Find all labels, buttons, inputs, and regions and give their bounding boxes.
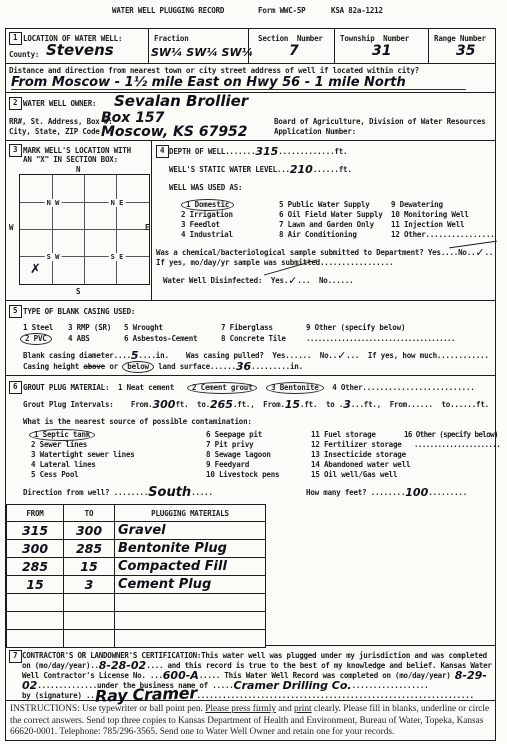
address-value: Box 157 <box>101 111 164 125</box>
section-number-label: Section Number <box>258 34 323 43</box>
use-option-injection: 11 Injection Well <box>391 220 464 229</box>
casing-option-asbestos: 6 Asbestos-Cement <box>124 334 197 343</box>
section-location-grid: N W N E S W S E ✗ <box>19 174 150 285</box>
sample-question-line: Was a chemical/bacteriological sample su… <box>156 248 493 257</box>
casing-option-concrete: 8 Concrete Tile <box>221 334 286 343</box>
signature-value: Ray Cramer <box>95 693 197 697</box>
direction-from-well-line: Direction from well? ........South..... <box>23 488 213 497</box>
distance-label: Distance and direction from nearest town… <box>9 66 419 75</box>
grid-line <box>20 256 149 257</box>
disinfected-yes-checkmark: ✓ <box>288 274 297 287</box>
use-option-dewatering: 9 Dewatering <box>391 200 443 209</box>
section-3-number: 3 <box>9 144 22 157</box>
interval2-to: 3 <box>343 398 351 411</box>
table-row: 315300Gravel <box>7 522 266 540</box>
casing-title: TYPE OF BLANK CASING USED: <box>23 307 135 316</box>
range-number-value: 35 <box>456 44 475 58</box>
contam-livestock: 10 Livestock pens <box>206 470 279 479</box>
section-4-number: 4 <box>156 145 169 158</box>
below-circled-word: below <box>122 361 154 373</box>
section-2-owner: 2 WATER WELL OWNER: Sevalan Brollier RR#… <box>6 93 495 141</box>
compass-south-label: S <box>76 287 81 296</box>
plugging-table: FROM TO PLUGGING MATERIALS 315300Gravel … <box>6 504 266 648</box>
county-label: County: <box>9 50 39 59</box>
casing-diameter-line: Blank casing diameter....5....in. Was ca… <box>23 351 489 360</box>
compass-se-label: S E <box>109 253 126 261</box>
underlined-print: print <box>294 704 312 714</box>
owner-label: WATER WELL OWNER: <box>23 99 96 108</box>
instructions-section: INSTRUCTIONS: Use typewriter or ball poi… <box>6 701 495 740</box>
section-4-depth: 4 DEPTH OF WELL.......315.............ft… <box>151 141 497 301</box>
instructions-paragraph: INSTRUCTIONS: Use typewriter or ball poi… <box>10 704 494 739</box>
contam-other: 16 Other (specify below) <box>404 430 498 439</box>
sample-if-yes-line: If yes, mo/day/yr sample was submitted..… <box>156 258 393 267</box>
contam-sewer-lines: 2 Sewer lines <box>31 440 87 449</box>
contam-lagoon: 8 Sewage lagoon <box>206 450 271 459</box>
grout-material-line: GROUT PLUG MATERIAL: 1 Neat cement 2 Cem… <box>23 383 475 392</box>
direction-value: South <box>148 485 191 500</box>
section-6-grout: 6 GROUT PLUG MATERIAL: 1 Neat cement 2 C… <box>6 376 495 646</box>
well-location-x-mark: ✗ <box>30 263 41 276</box>
contam-other-dots: ...................... <box>414 440 500 449</box>
table-row: 153Cement Plug <box>7 576 266 594</box>
city-state-zip-label: City, State, ZIP Code : <box>9 127 113 136</box>
table-row <box>7 594 266 612</box>
contam-watertight: 3 Watertight sewer lines <box>31 450 135 459</box>
county-value: Stevens <box>46 43 114 58</box>
interval1-from: 300 <box>152 398 175 411</box>
interval1-to: 265 <box>210 398 233 411</box>
section-1-location: 1 LOCATION OF WATER WELL: County: Steven… <box>6 29 495 93</box>
table-row: 300285Bentonite Plug <box>7 540 266 558</box>
static-water-level-line: WELL'S STATIC WATER LEVEL...210......ft. <box>169 165 352 174</box>
mark-location-label-2: AN "X" IN SECTION BOX: <box>23 155 118 164</box>
compass-east-label: E <box>145 223 150 232</box>
contam-abandoned-well: 14 Abandoned water well <box>311 460 410 469</box>
contam-fertilizer: 12 Fertilizer storage <box>311 440 402 449</box>
section-5-casing: 5 TYPE OF BLANK CASING USED: 1 Steel 3 R… <box>6 301 495 376</box>
table-row <box>7 630 266 648</box>
casing-option-wrought: 5 Wrought <box>124 323 163 332</box>
contam-cesspool: 5 Cess Pool <box>31 470 78 479</box>
fraction-value: SW¼ SW¼ SW¼ <box>151 47 253 58</box>
form-title: WATER WELL PLUGGING RECORD <box>112 6 224 15</box>
table-row: 28515Compacted Fill <box>7 558 266 576</box>
section-7-number: 7 <box>9 650 22 663</box>
divider <box>334 29 335 63</box>
casing-height-line: Casing height above or below land surfac… <box>23 362 303 371</box>
section-number-value: 7 <box>289 44 299 58</box>
disinfected-line: Water Well Disinfected: Yes.✓... No.....… <box>163 276 353 285</box>
contamination-question: What is the nearest source of possible c… <box>23 417 252 426</box>
depth-of-well-line: DEPTH OF WELL.......315.............ft. <box>169 147 347 156</box>
col-header-materials: PLUGGING MATERIALS <box>115 505 266 522</box>
contam-feedyard: 9 Feedyard <box>206 460 249 469</box>
compass-sw-label: S W <box>45 253 62 261</box>
casing-option-other: 9 Other (specify below) <box>306 323 405 332</box>
compass-west-label: W <box>9 223 14 232</box>
casing-other-dots: ...................................... <box>306 334 455 343</box>
owner-value: Sevalan Brollier <box>114 94 248 109</box>
township-number-label: Township Number <box>340 34 409 43</box>
bentonite-circled: 3 Bentonite <box>266 382 323 394</box>
contam-septic-tank: 1 Septic tank <box>29 430 95 439</box>
water-well-plugging-record-form: WATER WELL PLUGGING RECORD Form WWC-5P K… <box>0 0 507 744</box>
casing-option-pvc: 2 PVC <box>20 334 52 343</box>
use-option-domestic: 1 Domestic <box>181 200 234 209</box>
distance-value: From Moscow - 1½ mile East on Hwy 56 - 1… <box>11 76 466 90</box>
section-3-4-row: 3 MARK WELL'S LOCATION WITH AN "X" IN SE… <box>6 141 495 301</box>
feet-value: 100 <box>405 486 428 499</box>
static-level-value: 210 <box>290 163 313 176</box>
contam-insecticide: 13 Insecticide storage <box>311 450 406 459</box>
above-struck-word: above <box>83 362 105 371</box>
form-statute: KSA 82a-1212 <box>331 6 383 15</box>
township-number-value: 31 <box>372 44 391 58</box>
divider <box>428 29 429 63</box>
section-7-certification: 7 CONTRACTOR'S OR LANDOWNER'S CERTIFICAT… <box>6 646 495 701</box>
section-6-number: 6 <box>9 381 22 394</box>
contam-oil-gas-well: 15 Oil well/Gas well <box>311 470 397 479</box>
compass-ne-label: N E <box>109 199 126 207</box>
form-number: Form WWC-5P <box>258 6 305 15</box>
board-of-agriculture-label: Board of Agriculture, Division of Water … <box>274 117 485 126</box>
contam-fuel: 11 Fuel storage <box>311 430 376 439</box>
underlined-press-firmly: Please press firmly <box>205 704 276 714</box>
casing-option-abs: 4 ABS <box>68 334 90 343</box>
business-name-value: Cramer Drilling Co. <box>234 679 352 692</box>
use-option-oilfield: 6 Oil Field Water Supply <box>279 210 383 219</box>
col-header-to: TO <box>64 505 115 522</box>
well-used-as-label: WELL WAS USED AS: <box>169 183 242 192</box>
certification-paragraph: CONTRACTOR'S OR LANDOWNER'S CERTIFICATIO… <box>22 651 495 701</box>
contam-privy: 7 Pit privy <box>206 440 253 449</box>
use-option-lawn: 7 Lawn and Garden Only <box>279 220 374 229</box>
grid-line <box>20 202 149 203</box>
use-option-monitoring: 10 Monitoring Well <box>391 210 469 219</box>
use-option-industrial: 4 Industrial <box>181 230 233 239</box>
compass-north-label: N <box>76 165 81 174</box>
use-option-irrigation: 2 Irrigation <box>181 210 233 219</box>
divider <box>6 63 495 64</box>
casing-option-rmp: 3 RMP (SR) <box>68 323 111 332</box>
section-2-number: 2 <box>9 97 22 110</box>
application-number-label: Application Number: <box>274 127 356 136</box>
address-label: RR#, St. Address, Box #: <box>9 117 113 126</box>
casing-option-fiberglass: 7 Fiberglass <box>221 323 273 332</box>
compass-nw-label: N W <box>45 199 62 207</box>
section-1-number: 1 <box>9 32 22 45</box>
contam-lateral: 4 Lateral lines <box>31 460 96 469</box>
table-row <box>7 612 266 630</box>
section-5-number: 5 <box>9 305 22 318</box>
mark-location-label-1: MARK WELL'S LOCATION WITH <box>23 146 131 155</box>
depth-value: 315 <box>255 145 278 158</box>
interval2-from: 15 <box>285 398 300 411</box>
grid-line <box>20 229 149 230</box>
col-header-from: FROM <box>7 505 64 522</box>
range-number-label: Range Number <box>434 34 486 43</box>
use-option-public: 5 Public Water Supply <box>279 200 370 209</box>
casing-option-steel: 1 Steel <box>23 323 53 332</box>
plug-date-value: 8-28-02 <box>99 659 146 672</box>
use-option-aircond: 8 Air Conditioning <box>279 230 357 239</box>
license-number-value: 600-A <box>163 669 199 682</box>
use-option-feedlot: 3 Feedlot <box>181 220 220 229</box>
use-option-other: 12 Other................ <box>391 230 495 239</box>
sample-no-checkmark: ✓ <box>475 246 484 259</box>
divider <box>148 29 149 63</box>
fraction-label: Fraction <box>154 34 189 43</box>
form-body: 1 LOCATION OF WATER WELL: County: Steven… <box>5 28 496 741</box>
grout-intervals-line: Grout Plug Intervals: From.300ft. to.265… <box>23 400 489 409</box>
city-state-zip-value: Moscow, KS 67952 <box>101 125 248 139</box>
cement-grout-circled: 2 Cement grout <box>187 382 257 394</box>
how-many-feet-line: How many feet? ........100......... <box>306 488 467 497</box>
contam-seepage: 6 Seepage pit <box>206 430 262 439</box>
casing-pulled-no-checkmark: ✓ <box>337 349 346 362</box>
casing-height-value: 36 <box>236 360 251 373</box>
